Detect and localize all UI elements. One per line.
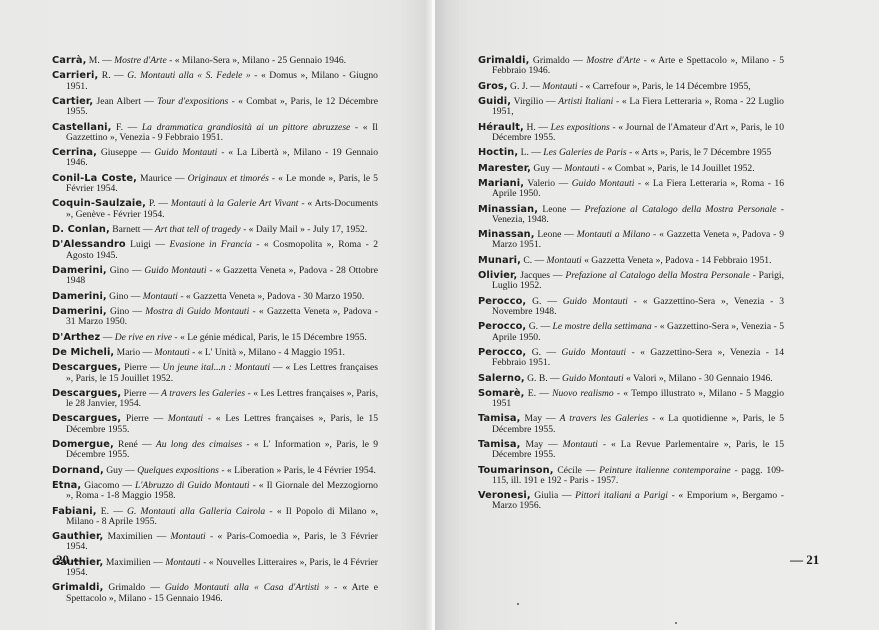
author-firstname: C. — xyxy=(521,255,547,266)
bibliography-entry: D'Alessandro Luigi — Evasione in Francia… xyxy=(52,240,378,260)
bibliography-entry: Mariani, Valerio — Guido Montauti - « La… xyxy=(478,179,784,199)
publication-details: - « Le génie médical, Paris, le 15 Décem… xyxy=(172,332,367,343)
bibliography-entry: Carrà, M. — Mostre d'Arte - « Milano-Ser… xyxy=(52,56,378,66)
author-name: De Micheli, xyxy=(52,347,114,358)
bibliography-entry: Marester, Guy — Montauti - « Combat », P… xyxy=(478,164,784,174)
left-page: Carrà, M. — Mostre d'Arte - « Milano-Ser… xyxy=(0,0,434,630)
bibliography-entry: Gros, G. J. — Montauti - « Carrefour », … xyxy=(478,82,784,92)
article-title: Originaux et timorés xyxy=(188,173,269,184)
article-title: Guido Montauti xyxy=(154,147,217,158)
author-name: D'Arthez xyxy=(52,332,100,343)
author-firstname: L. — xyxy=(518,147,543,158)
author-firstname: Mario — xyxy=(114,347,154,358)
author-name: Dornand, xyxy=(52,465,104,476)
article-title: Artisti Italiani xyxy=(558,96,613,107)
author-firstname: Guy — xyxy=(531,163,564,174)
bibliography-entry: Grimaldi, Grimaldo — Mostre d'Arte - « A… xyxy=(478,56,784,76)
right-page: Grimaldi, Grimaldo — Mostre d'Arte - « A… xyxy=(434,0,879,630)
article-title: De rive en rive xyxy=(115,332,172,343)
paper-speck xyxy=(517,603,519,605)
article-title: A travers les Galeries xyxy=(560,413,649,424)
author-firstname: Luigi — xyxy=(126,239,170,250)
author-firstname: Maximilien — xyxy=(103,557,165,568)
page-number: 20 — xyxy=(56,552,85,568)
author-name: Carrà, xyxy=(52,55,86,66)
article-title: Montauti xyxy=(168,413,203,424)
bibliography-entry: Tamisa, May — Montauti - « La Revue Parl… xyxy=(478,440,784,460)
article-title: Montauti xyxy=(542,81,577,92)
article-title: Mostra di Guido Montauti xyxy=(145,306,249,317)
bibliography-entry: Gauthier, Maximilien — Montauti - « Nouv… xyxy=(52,558,378,578)
article-title: Le mostre della settimana xyxy=(553,321,652,332)
bibliography-entry: Grimaldi, Grimaldo — Guido Montauti alla… xyxy=(52,583,378,603)
bibliography-entry: Minassian, Leone — Prefazione al Catalog… xyxy=(478,205,784,225)
bibliography-entry: Conil-La Coste, Maurice — Originaux et t… xyxy=(52,174,378,194)
author-firstname: Maurice — xyxy=(137,173,188,184)
bibliography-entry: Olivier, Jacques — Prefazione al Catalog… xyxy=(478,271,784,291)
bibliography-entry: Cartier, Jean Albert — Tour d'exposition… xyxy=(52,97,378,117)
bibliography-entry: Castellani, F. — La drammatica grandiosi… xyxy=(52,123,378,143)
bibliography-entry: Descargues, Pierre — A travers les Galer… xyxy=(52,389,378,409)
bibliography-entry: Tamisa, May — A travers les Galeries - «… xyxy=(478,414,784,434)
author-firstname: Virgilio — xyxy=(511,96,558,107)
article-title: Montauti xyxy=(547,255,582,266)
article-title: Guido Montauti xyxy=(563,296,628,307)
bibliography-entry: Veronesi, Giulia — Pittori italiani a Pa… xyxy=(478,491,784,511)
article-title: Prefazione al Catalogo della Mostra Pers… xyxy=(585,204,777,215)
bibliography-entry: Etna, Giacomo — L'Abruzzo di Guido Monta… xyxy=(52,481,378,501)
author-firstname: — xyxy=(100,332,114,343)
bibliography-entry: Somarè, E. — Nuovo realismo - « Tempo il… xyxy=(478,389,784,409)
bibliography-entry: D. Conlan, Barnett — Art that tell of tr… xyxy=(52,225,378,235)
author-name: Gros, xyxy=(478,81,508,92)
author-firstname: Gino — xyxy=(107,291,143,302)
author-firstname: E. — xyxy=(525,388,553,399)
author-firstname: M. — xyxy=(86,55,114,66)
bibliography-entry: Hoctin, L. — Les Galeries de Paris - « A… xyxy=(478,148,784,158)
article-title: Evasione in Francia xyxy=(169,239,251,250)
article-title: Art that tell of tragedy xyxy=(155,224,241,235)
publication-details: - « Carrefour », Paris, le 14 Décembre 1… xyxy=(578,81,751,92)
article-title: Montauti à la Galerie Art Vivant xyxy=(171,198,299,209)
publication-details: - « L' Unità », Milano - 4 Maggio 1951. xyxy=(190,347,345,358)
author-firstname: Giuseppe — xyxy=(97,147,154,158)
article-title: Les Galeries de Paris xyxy=(543,147,626,158)
author-firstname: Maximilien — xyxy=(103,531,170,542)
bibliography-entry: Toumarinson, Cécile — Peinture italienne… xyxy=(478,466,784,486)
article-title: Guido Montauti xyxy=(562,373,624,384)
bibliography-entry: Damerini, Gino — Guido Montauti - « Gazz… xyxy=(52,266,378,286)
article-title: Prefazione al Catalogo della Mostra Pers… xyxy=(565,270,749,281)
bibliography-entry: Gauthier, Maximilien — Montauti - « Pari… xyxy=(52,532,378,552)
author-firstname: G. B. — xyxy=(525,373,562,384)
article-title: Mostre d'Arte xyxy=(114,55,167,66)
publication-details: - « Liberation » Paris, le 4 Février 195… xyxy=(219,465,376,476)
author-firstname: Jean Albert — xyxy=(93,96,157,107)
article-title: Quelques expositions xyxy=(137,465,219,476)
author-name: Marester, xyxy=(478,163,531,174)
author-name: Hoctin, xyxy=(478,147,518,158)
article-title: Montauti xyxy=(143,291,178,302)
bibliography-entry: Descargues, Pierre — Montauti - « Les Le… xyxy=(52,414,378,434)
author-firstname: Gino — xyxy=(107,265,145,276)
article-title: Pittori italiani a Parigi xyxy=(575,490,668,501)
book-spine xyxy=(432,0,435,630)
publication-details: - « Combat », Paris, le 14 Jouillet 1952… xyxy=(600,163,755,174)
publication-details: « Gazzetta Veneta », Padova - 14 Febbrai… xyxy=(582,255,772,266)
bibliography-entry: Dornand, Guy — Quelques expositions - « … xyxy=(52,466,378,476)
author-firstname: G. J. — xyxy=(508,81,543,92)
bibliography-entry: Munari, C. — Montauti « Gazzetta Veneta … xyxy=(478,256,784,266)
bibliography-entry: Carrieri, R. — G. Montauti alla « S. Fed… xyxy=(52,71,378,91)
bibliography-entry: De Micheli, Mario — Montauti - « L' Unit… xyxy=(52,348,378,358)
article-title: Montauti a Milano xyxy=(577,229,650,240)
book-spread: Carrà, M. — Mostre d'Arte - « Milano-Ser… xyxy=(0,0,879,630)
paper-speck xyxy=(675,622,677,624)
bibliography-entry: Damerini, Gino — Montauti - « Gazzetta V… xyxy=(52,292,378,302)
article-title: Les expositions xyxy=(551,122,610,133)
article-title: Montauti xyxy=(171,531,206,542)
article-title: Montauti xyxy=(563,439,598,450)
bibliography-entry: Perocco, G. — Guido Montauti - « Gazzett… xyxy=(478,348,784,368)
article-title: G. Montauti alla « S. Fedele » xyxy=(127,70,250,81)
bibliography-entry: Fabiani, E. — G. Montauti alla Galleria … xyxy=(52,507,378,527)
article-title: Montauti xyxy=(155,347,190,358)
author-firstname: R. — xyxy=(98,70,127,81)
author-firstname: Barnett — xyxy=(110,224,155,235)
bibliography-entry: Perocco, G. — Guido Montauti - « Gazzett… xyxy=(478,297,784,317)
bibliography-entry: Hérault, H. — Les expositions - « Journa… xyxy=(478,123,784,143)
article-title: Guido Montauti xyxy=(144,265,206,276)
article-title: Montauti xyxy=(165,557,200,568)
article-title: Un jeune ital...n : Montauti xyxy=(163,362,270,373)
article-title: Montauti xyxy=(564,163,599,174)
author-name: D. Conlan, xyxy=(52,224,110,235)
publication-details: - « Gazzetta Veneta », Padova - 30 Marzo… xyxy=(178,291,364,302)
author-name: Salerno, xyxy=(478,373,525,384)
publication-details: - « Milano-Sera », Milano - 25 Gennaio 1… xyxy=(167,55,346,66)
bibliography-list: Carrà, M. — Mostre d'Arte - « Milano-Ser… xyxy=(52,56,378,609)
article-title: Nuovo realismo xyxy=(552,388,614,399)
bibliography-entry: Salerno, G. B. — Guido Montauti « Valori… xyxy=(478,374,784,384)
page-number: — 21 xyxy=(790,552,819,568)
article-title: Guido Montauti xyxy=(561,347,626,358)
publication-details: - « Daily Mail » - July 17, 1952. xyxy=(241,224,368,235)
publication-details: - « Arts », Paris, le 7 Décembre 1955 xyxy=(627,147,772,158)
article-title: Au long des cimaises xyxy=(156,439,242,450)
bibliography-entry: Perocco, G. — Le mostre della settimana … xyxy=(478,322,784,342)
bibliography-entry: Cerrina, Giuseppe — Guido Montauti - « L… xyxy=(52,148,378,168)
bibliography-list: Grimaldi, Grimaldo — Mostre d'Arte - « A… xyxy=(478,56,784,517)
bibliography-entry: Domergue, René — Au long des cimaises - … xyxy=(52,440,378,460)
author-firstname: Guy — xyxy=(104,465,137,476)
bibliography-entry: Guidi, Virgilio — Artisti Italiani - « L… xyxy=(478,97,784,117)
article-title: Peinture italienne contemporaine xyxy=(599,465,730,476)
article-title: Tour d'expositions xyxy=(157,96,228,107)
author-name: Munari, xyxy=(478,255,521,266)
bibliography-entry: D'Arthez — De rive en rive - « Le génie … xyxy=(52,333,378,343)
article-title: A travers les Galeries xyxy=(161,388,245,399)
bibliography-entry: Minassan, Leone — Montauti a Milano - « … xyxy=(478,230,784,250)
bibliography-entry: Coquin-Saulzaie, P. — Montauti à la Gale… xyxy=(52,199,378,219)
article-title: Mostre d'Arte xyxy=(586,55,640,66)
bibliography-entry: Descargues, Pierre — Un jeune ital...n :… xyxy=(52,363,378,383)
author-name: Damerini, xyxy=(52,291,107,302)
article-title: Guido Montauti xyxy=(572,178,635,189)
publication-details: « Valori », Milano - 30 Gennaio 1946. xyxy=(624,373,773,384)
bibliography-entry: Damerini, Gino — Mostra di Guido Montaut… xyxy=(52,307,378,327)
